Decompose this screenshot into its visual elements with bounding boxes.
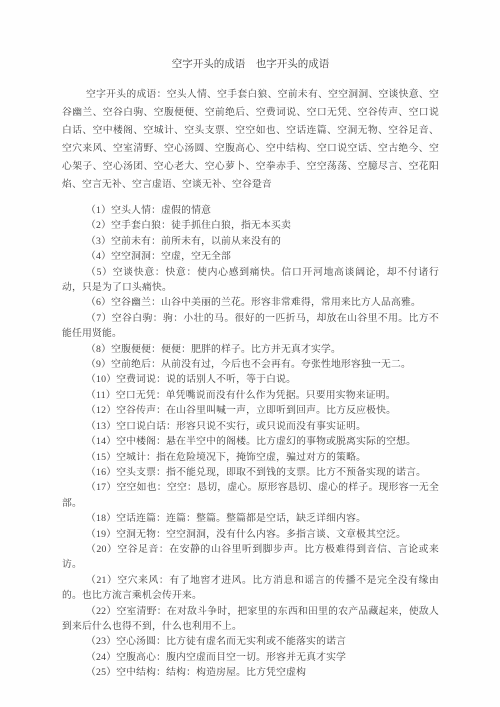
- list-item: （15）空城计：指在危险境况下，掩饰空虚，骗过对方的策略。: [62, 450, 439, 465]
- list-item: （14）空中楼阁：悬在半空中的阁楼。比方虚幻的事物或脱离实际的空想。: [62, 434, 439, 449]
- list-item: （25）空中结构：结构：构造房屋。比方凭空虚构: [62, 665, 439, 680]
- list-item: （13）空口说白话：形容只说不实行，或只说而没有事实证明。: [62, 419, 439, 434]
- list-item: （22）空室清野：在对敌斗争时，把家里的东西和田里的农产品藏起来，使敌人到来后什…: [62, 604, 439, 635]
- list-item: （9）空前绝后：从前没有过，今后也不会再有。夸张性地形容独一无二。: [62, 357, 439, 372]
- list-item: （4）空空洞洞：空虚，空无全部: [62, 249, 439, 264]
- page-title: 空字开头的成语 也字开头的成语: [62, 58, 439, 72]
- list-item: （3）空前未有：前所未有，以前从来没有的: [62, 234, 439, 249]
- list-item: （19）空洞无物：空空洞洞，没有什么内容。多指言谈、文章极其空泛。: [62, 527, 439, 542]
- list-item: （1）空头人情：虚假的情意: [62, 203, 439, 218]
- list-item: （24）空腹高心：腹内空虚而目空一切。形容并无真才实学: [62, 650, 439, 665]
- list-item: （10）空费词说：说的话别人不听，等于白说。: [62, 372, 439, 387]
- idiom-list: （1）空头人情：虚假的情意（2）空手套白狼：徒手抓住白狼，指无本买卖（3）空前未…: [62, 203, 439, 681]
- list-item: （8）空腹便便：便便：肥胖的样子。比方并无真才实学。: [62, 342, 439, 357]
- list-item: （6）空谷幽兰：山谷中美丽的兰花。形容非常难得，常用来比方人品高雅。: [62, 295, 439, 310]
- list-item: （16）空头支票：指不能兑现，即取不到钱的支票。比方不预备实现的诺言。: [62, 465, 439, 480]
- list-item: （7）空谷白驹：驹：小壮的马。很好的一匹折马，却放在山谷里不用。比方不能任用贤能…: [62, 311, 439, 342]
- list-item: （11）空口无凭：单凭嘴说而没有什么作为凭据。只要用实物来证明。: [62, 388, 439, 403]
- document-page: 空字开头的成语 也字开头的成语 空字开头的成语：空头人情、空手套白狼、空前未有、…: [0, 0, 500, 707]
- list-item: （21）空穴来风：有了地窖才进风。比方消息和谣言的传播不是完全没有缘由的。也比方…: [62, 573, 439, 604]
- list-item: （2）空手套白狼：徒手抓住白狼，指无本买卖: [62, 218, 439, 233]
- list-item: （17）空空如也：空空：恳切，虚心。原形容恳切、虚心的样子。现形容一无全部。: [62, 480, 439, 511]
- list-item: （23）空心汤圆：比方徒有虚名而无实利或不能落实的诺言: [62, 634, 439, 649]
- intro-paragraph: 空字开头的成语：空头人情、空手套白狼、空前未有、空空洞洞、空谈快意、空谷幽兰、空…: [62, 86, 439, 194]
- list-item: （5）空谈快意：快意：使内心感到痛快。信口开河地高谈阔论，却不付诸行动，只是为了…: [62, 265, 439, 296]
- list-item: （18）空话连篇：连篇：整篇。整篇都是空话，缺乏详细内容。: [62, 511, 439, 526]
- list-item: （20）空谷足音：在安静的山谷里听到脚步声。比方极难得到音信、言论或来访。: [62, 542, 439, 573]
- list-item: （12）空谷传声：在山谷里叫喊一声，立即听到回声。比方反应极快。: [62, 403, 439, 418]
